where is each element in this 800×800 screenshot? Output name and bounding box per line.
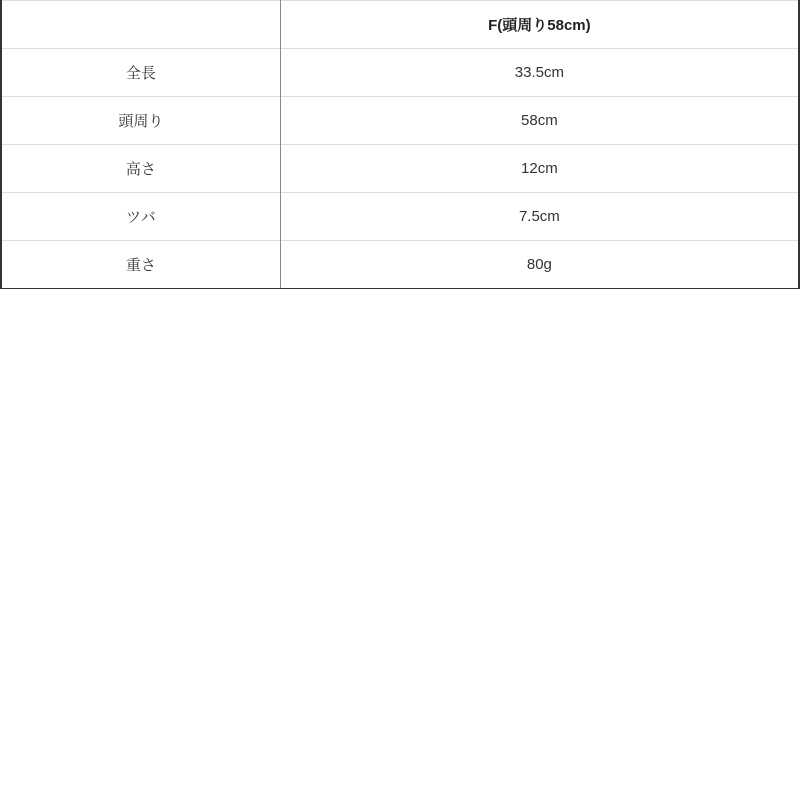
table-row-height: 高さ 12cm <box>1 145 799 193</box>
table-row-head-circumference: 頭周り 58cm <box>1 97 799 145</box>
table-row-total-length: 全長 33.5cm <box>1 49 799 97</box>
row-value: 7.5cm <box>280 193 799 241</box>
row-value: 80g <box>280 241 799 289</box>
row-label: 高さ <box>1 145 280 193</box>
size-chart-table: F(頭周り58cm) 全長 33.5cm 頭周り 58cm 高さ 12cm ツバ… <box>0 0 800 289</box>
table-row-weight: 重さ 80g <box>1 241 799 289</box>
table-row-brim: ツバ 7.5cm <box>1 193 799 241</box>
row-value: 58cm <box>280 97 799 145</box>
row-label: 重さ <box>1 241 280 289</box>
row-label: 頭周り <box>1 97 280 145</box>
row-value: 12cm <box>280 145 799 193</box>
header-size-f: F(頭周り58cm) <box>280 1 799 49</box>
row-value: 33.5cm <box>280 49 799 97</box>
header-corner-cell <box>1 1 280 49</box>
table-header-row: F(頭周り58cm) <box>1 1 799 49</box>
row-label: 全長 <box>1 49 280 97</box>
row-label: ツバ <box>1 193 280 241</box>
